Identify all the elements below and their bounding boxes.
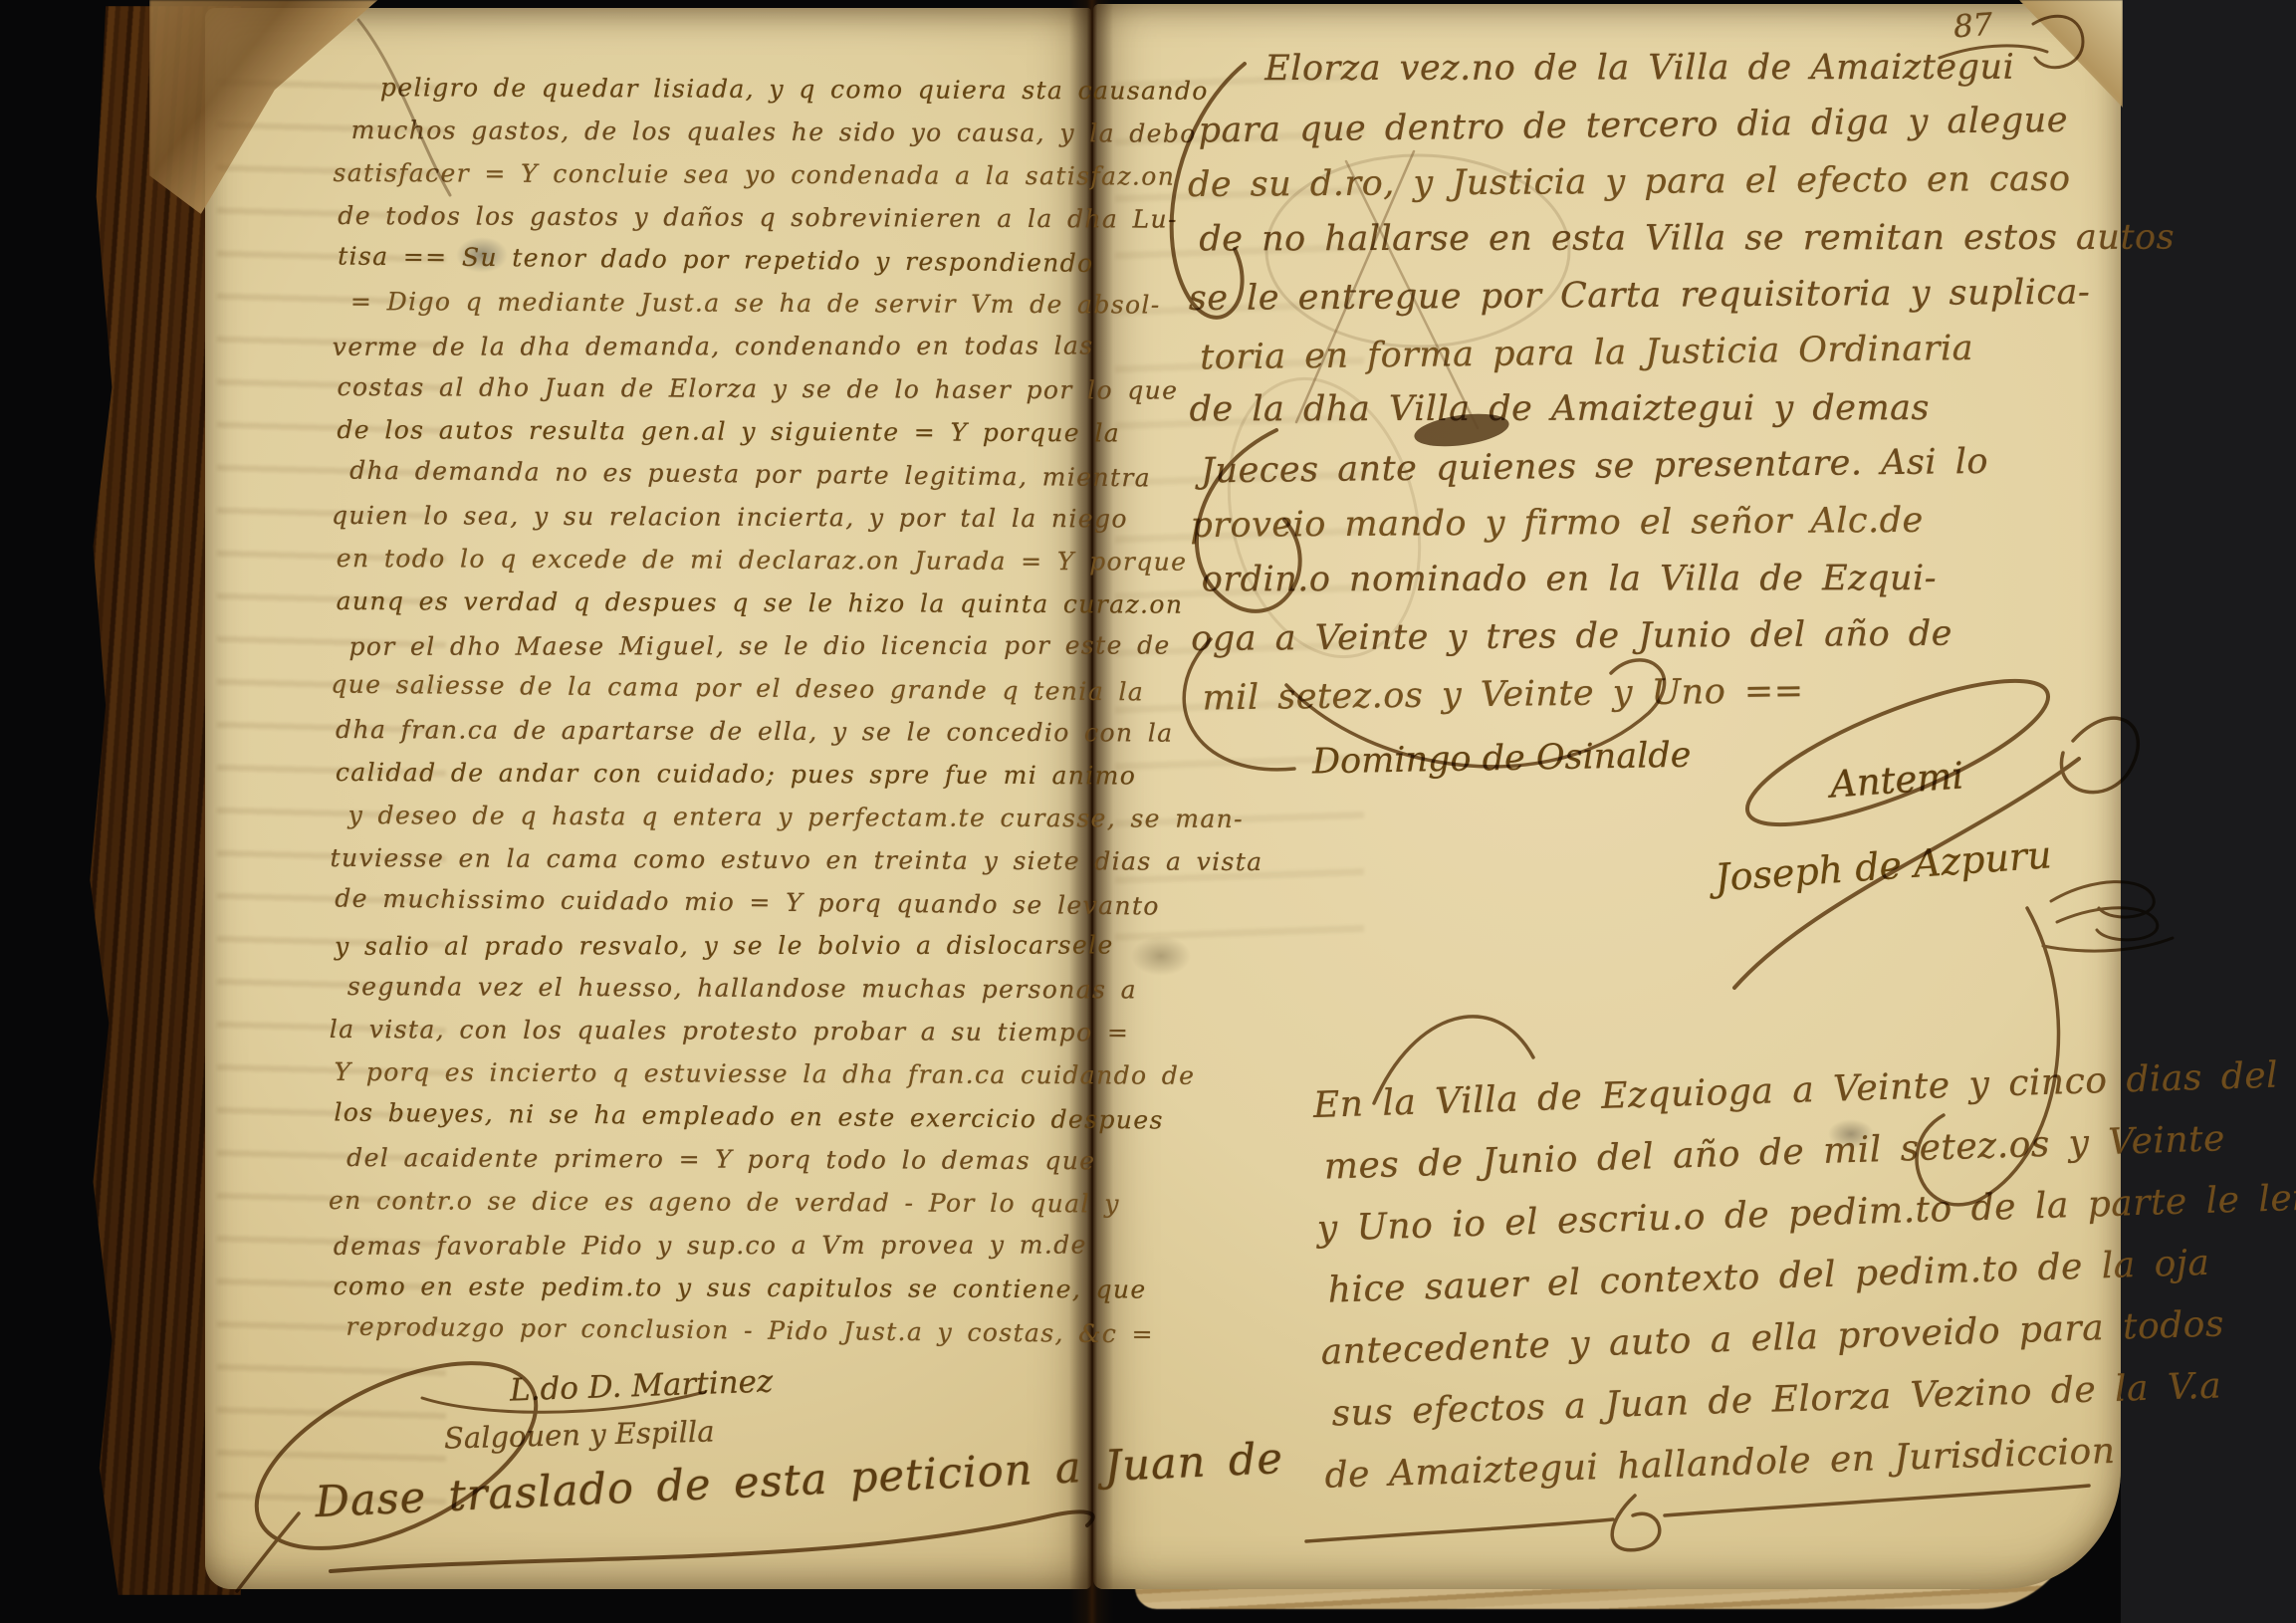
manuscript-line: de los autos resulta gen.al y siguiente … [337,408,1264,455]
manuscript-line: dha fran.ca de apartarse de ella, y se l… [336,708,1263,755]
manuscript-line: = Digo q mediante Just.a se ha de servir… [350,280,1265,327]
manuscript-line: Elorza vez.no de la Villa de Amaiztegui [1264,39,2174,98]
manuscript-line: se le entregue por Carta requisitoria y … [1189,264,2176,328]
manuscript-line: en todo lo q excede de mi declaraz.on Ju… [337,537,1264,583]
manuscript-line: la vista, con los quales protesto probar… [330,1008,1263,1054]
manuscript-line: y salio al prado resvalo, y se le bolvio… [335,923,1263,968]
manuscript-line: satisfacer = Y concluie sea yo condenada… [333,151,1265,198]
manuscript-line: que saliesse de la cama por el deseo gra… [331,663,1263,715]
manuscript-line: reproduzgo por conclusion - Pido Just.a … [345,1305,1261,1357]
manuscript-line: costas al dho Juan de Elorza y se de lo … [337,365,1264,412]
manuscript-line: del acaidente primero = Y porq todo lo d… [346,1136,1262,1183]
manuscript-line: muchos gastos, de los quales he sido yo … [351,109,1266,155]
diligence-text-block: En la Villa de Ezquioga a Veinte y cinco… [1312,1044,2296,1507]
decree-text-block: Elorza vez.no de la Villa de Amaiztegui … [1187,37,2178,725]
manuscript-line: proveio mando y firmo el señor Alc.de [1190,491,2177,555]
signature-salgouen: Salgouen y Espilla [444,1414,715,1455]
manuscript-line: de todos los gastos y daños q sobrevinie… [338,194,1265,241]
manuscript-line: tuviesse en la cama como estuvo en trein… [330,836,1263,883]
manuscript-line: verme de la dha demanda, condenando en t… [333,324,1265,368]
manuscript-line: y deseo de q hasta q entera y perfectam.… [348,794,1263,840]
manuscript-line: en contr.o se dice es ageno de verdad - … [329,1179,1262,1226]
manuscript-line: tisa == Su tenor dado por repetido y res… [338,235,1265,287]
manuscript-line: toria en forma para la Justicia Ordinari… [1200,319,2176,387]
manuscript-line: calidad de andar con cuidado; pues spre … [336,751,1263,798]
manuscript-line: de su d.ro, y Justicia y para el efecto … [1188,150,2175,214]
manuscript-line: dha demanda no es puesta por parte legit… [349,449,1264,501]
manuscript-line: para que dentro de tercero dia diga y al… [1198,92,2174,160]
manuscript-line: peligro de quedar lisiada, y q como quie… [380,66,1266,113]
manuscript-line: demas favorable Pido y sup.co a Vm prove… [334,1223,1262,1268]
manuscript-photograph: 87 peligro de quedar lisiada, y q como q… [0,0,2296,1623]
manuscript-line: los bueyes, ni se ha empleado en este ex… [334,1091,1262,1143]
manuscript-line: Y porq es incierto q estuviesse la dha f… [334,1050,1262,1097]
petition-text-block: peligro de quedar lisiada, y q como quie… [333,66,1266,1354]
manuscript-line: de muchissimo cuidado mio = Y porq quand… [335,877,1263,929]
manuscript-line: ordin.o nominado en la Villa de Ezqui- [1202,551,2178,609]
manuscript-line: oga a Veinte y tres de Junio del año de [1191,604,2178,668]
signature-osinalde: Domingo de Osinalde [1312,736,1692,783]
manuscript-line: quien lo sea, y su relacion incierta, y … [332,494,1264,541]
manuscript-line: mil setez.os y Veinte y Uno == [1202,659,2178,728]
manuscript-line: de la dha Villa de Amaiztegui y demas [1190,380,2177,439]
manuscript-line: como en este pedim.to y sus capitulos se… [334,1265,1262,1311]
manuscript-line: aunq es verdad q despues q se le hizo la… [337,580,1264,626]
manuscript-line: por el dho Maese Miguel, se le dio licen… [348,623,1263,668]
manuscript-line: segunda vez el huesso, hallandose muchas… [347,965,1263,1012]
manuscript-line: Jueces ante quienes se presentare. Asi l… [1201,432,2177,501]
manuscript-line: de no hallarse en esta Villa se remitan … [1199,210,2175,269]
